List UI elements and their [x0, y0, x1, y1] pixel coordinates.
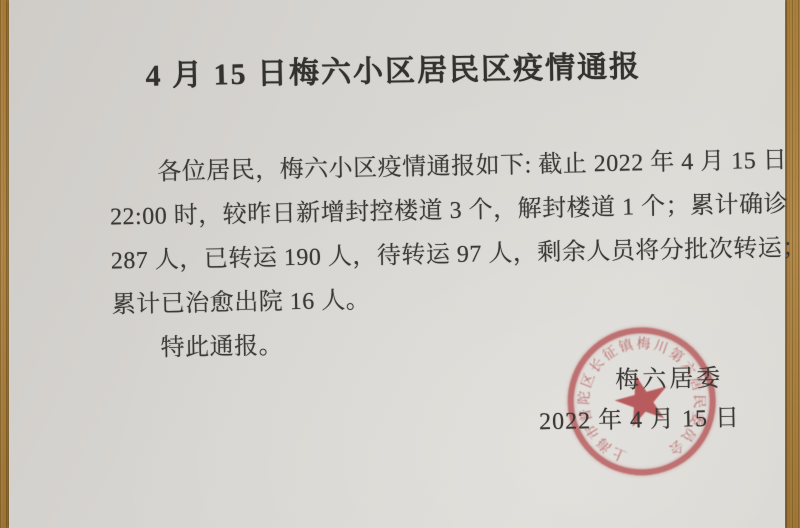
notice-content: 4 月 15 日梅六小区居民区疫情通报 各位居民，梅六小区疫情通报如下: 截止 … — [4, 0, 790, 528]
notice-paper: 4 月 15 日梅六小区居民区疫情通报 各位居民，梅六小区疫情通报如下: 截止 … — [9, 0, 785, 528]
notice-title: 4 月 15 日梅六小区居民区疫情通报 — [5, 39, 782, 98]
notice-date: 2022 年 4 月 15 日 — [539, 397, 741, 436]
signature-committee-name: 梅六居委 — [615, 358, 724, 395]
seal-arc-char: 梅 — [635, 337, 651, 353]
seal-arc-char: 镇 — [616, 338, 636, 358]
